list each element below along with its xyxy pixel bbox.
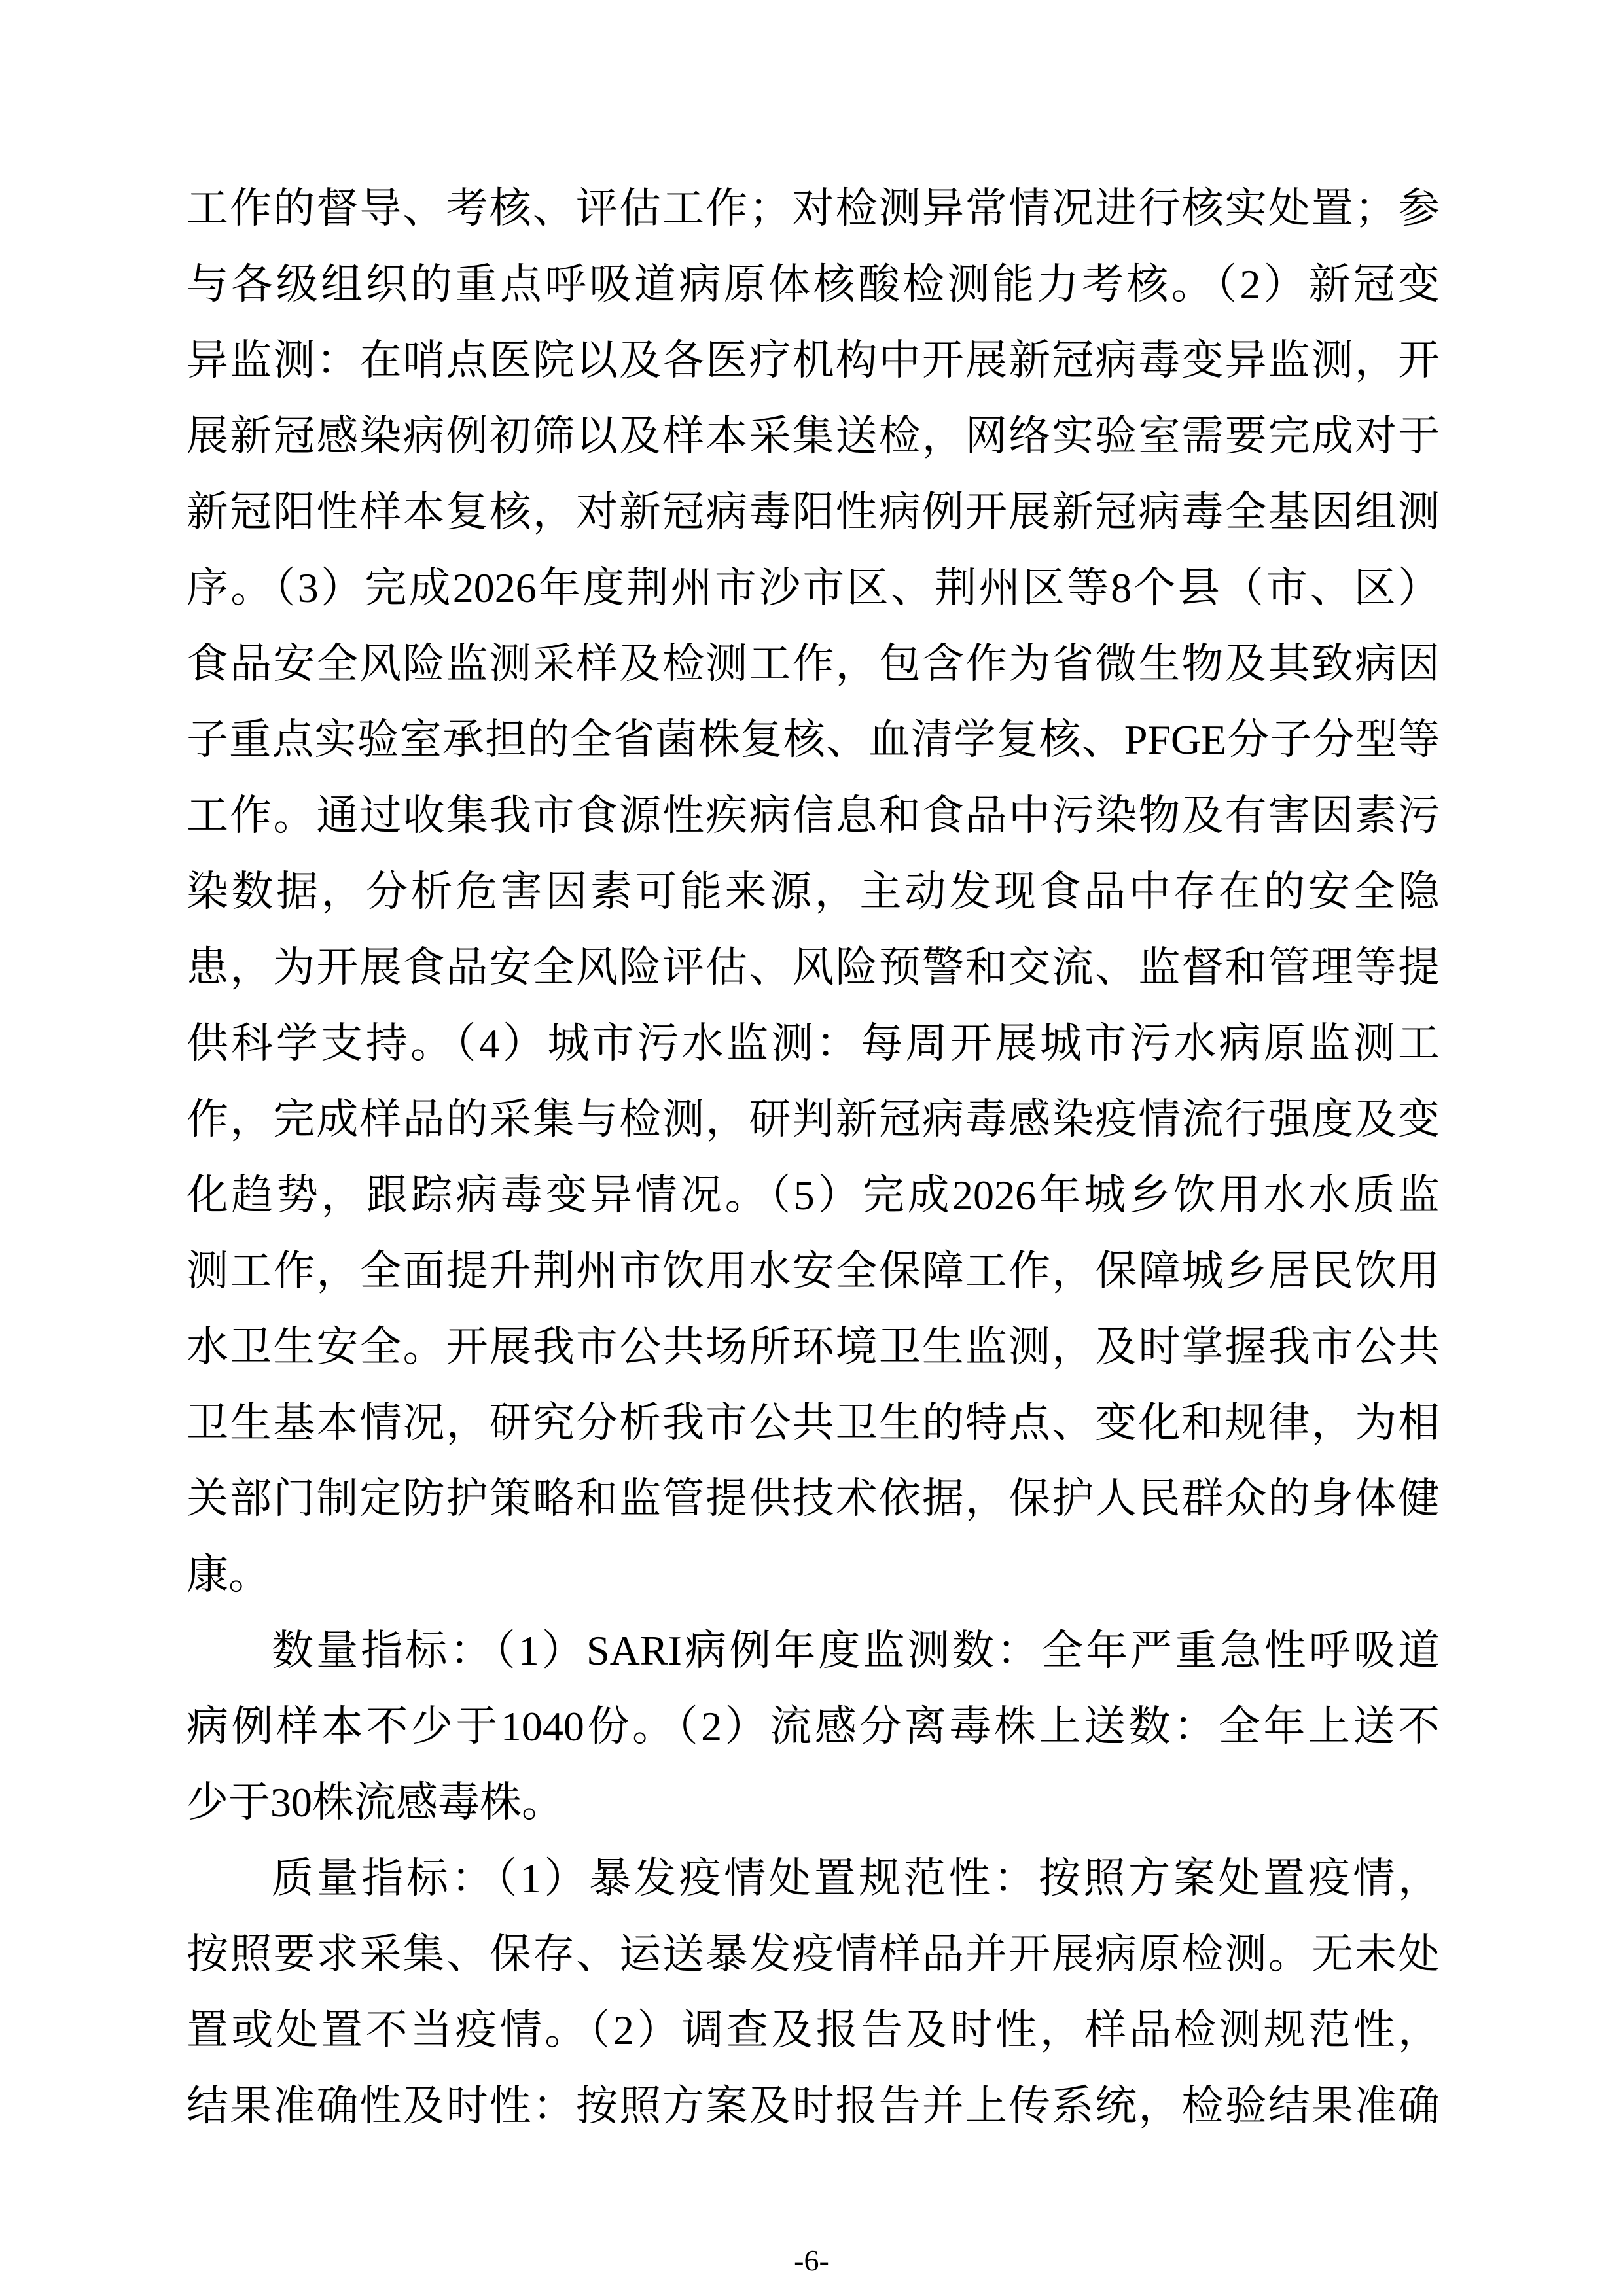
text-line: 关部门制定防护策略和监管提供技术依据，保护人民群众的身体健 <box>187 1461 1440 1537</box>
text-line: 异监测：在哨点医院以及各医疗机构中开展新冠病毒变异监测，开 <box>187 323 1440 398</box>
text-line: 工作。通过收集我市食源性疾病信息和食品中污染物及有害因素污 <box>187 778 1440 854</box>
text-line: 测工作，全面提升荆州市饮用水安全保障工作，保障城乡居民饮用 <box>187 1233 1440 1309</box>
text-line: 工作的督导、考核、评估工作；对检测异常情况进行核实处置；参 <box>187 171 1440 247</box>
text-line: 卫生基本情况，研究分析我市公共卫生的特点、变化和规律，为相 <box>187 1385 1440 1461</box>
text-line: 与各级组织的重点呼吸道病原体核酸检测能力考核。（2）新冠变 <box>187 247 1440 323</box>
text-line: 数量指标：（1）SARI病例年度监测数：全年严重急性呼吸道 <box>187 1613 1440 1689</box>
document-page: 工作的督导、考核、评估工作；对检测异常情况进行核实处置；参与各级组织的重点呼吸道… <box>0 0 1623 2296</box>
text-line: 化趋势，跟踪病毒变异情况。（5）完成2026年城乡饮用水水质监 <box>187 1157 1440 1233</box>
text-line: 康。 <box>187 1537 1440 1613</box>
text-line: 水卫生安全。开展我市公共场所环境卫生监测，及时掌握我市公共 <box>187 1309 1440 1385</box>
text-line: 子重点实验室承担的全省菌株复核、血清学复核、PFGE分子分型等 <box>187 702 1440 778</box>
text-line: 质量指标：（1）暴发疫情处置规范性：按照方案处置疫情， <box>187 1841 1440 1916</box>
text-line: 新冠阳性样本复核，对新冠病毒阳性病例开展新冠病毒全基因组测 <box>187 474 1440 550</box>
text-line: 置或处置不当疫情。（2）调查及报告及时性，样品检测规范性， <box>187 1992 1440 2068</box>
text-line: 病例样本不少于1040份。（2）流感分离毒株上送数：全年上送不 <box>187 1689 1440 1765</box>
page-number: -6- <box>0 2241 1623 2280</box>
text-line: 展新冠感染病例初筛以及样本采集送检，网络实验室需要完成对于 <box>187 398 1440 474</box>
text-line: 作，完成样品的采集与检测，研判新冠病毒感染疫情流行强度及变 <box>187 1082 1440 1157</box>
text-line: 食品安全风险监测采样及检测工作，包含作为省微生物及其致病因 <box>187 626 1440 702</box>
text-line: 供科学支持。（4）城市污水监测：每周开展城市污水病原监测工 <box>187 1006 1440 1082</box>
text-line: 序。（3）完成2026年度荆州市沙市区、荆州区等8个县（市、区） <box>187 550 1440 626</box>
text-line: 少于30株流感毒株。 <box>187 1765 1440 1841</box>
text-line: 患，为开展食品安全风险评估、风险预警和交流、监督和管理等提 <box>187 930 1440 1006</box>
text-line: 结果准确性及时性：按照方案及时报告并上传系统，检验结果准确 <box>187 2068 1440 2144</box>
text-line: 按照要求采集、保存、运送暴发疫情样品并开展病原检测。无未处 <box>187 1916 1440 1992</box>
document-body: 工作的督导、考核、评估工作；对检测异常情况进行核实处置；参与各级组织的重点呼吸道… <box>187 171 1440 2144</box>
text-line: 染数据，分析危害因素可能来源，主动发现食品中存在的安全隐 <box>187 854 1440 930</box>
